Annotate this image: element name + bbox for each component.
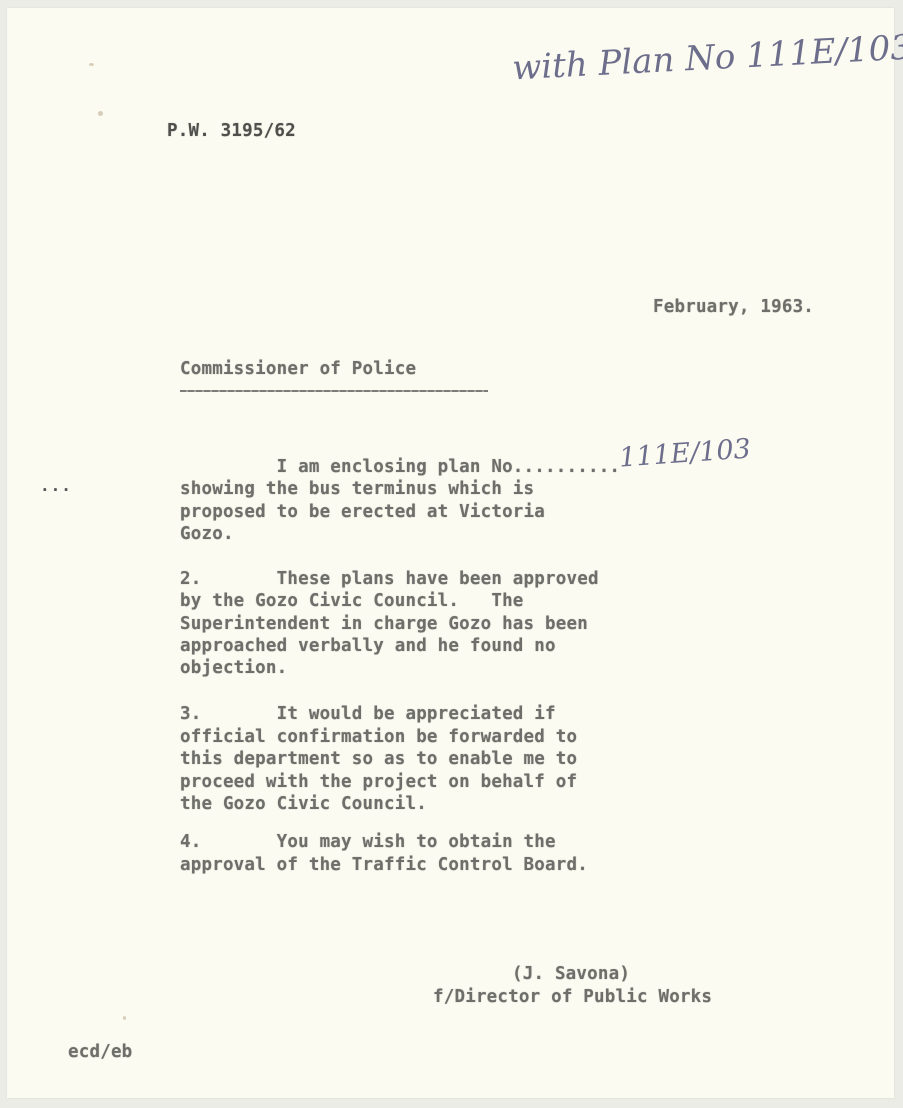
paragraph-line: official confirmation be forwarded to: [180, 726, 577, 749]
letter-date: February, 1963.: [653, 296, 814, 319]
paragraph-line: I am enclosing plan No..........: [180, 456, 620, 479]
paragraph-line: approached verbally and he found no: [180, 635, 556, 658]
paper-speck: [123, 1016, 126, 1020]
signature-name: (J. Savona): [512, 963, 630, 986]
handwritten-plan-number: 111E/103: [618, 433, 752, 473]
addressee-underline: [180, 390, 488, 392]
paragraph-line: the Gozo Civic Council.: [180, 793, 427, 816]
paragraph-line: objection.: [180, 657, 287, 680]
paragraph-line: this department so as to enable me to: [180, 748, 577, 771]
reference-number: P.W. 3195/62: [167, 120, 296, 143]
paragraph-line: by the Gozo Civic Council. The: [180, 590, 524, 613]
handwritten-annotation: with Plan No 111E/103: [511, 28, 903, 89]
paper-speck: [98, 111, 103, 116]
letter-page: with Plan No 111E/103 P.W. 3195/62 Febru…: [7, 8, 894, 1098]
typist-initials: ecd/eb: [68, 1041, 132, 1064]
paragraph-line: 3. It would be appreciated if: [180, 703, 556, 726]
paragraph-line: proposed to be erected at Victoria: [180, 501, 545, 524]
signature-title: f/Director of Public Works: [433, 986, 712, 1009]
paragraph-line: proceed with the project on behalf of: [180, 771, 577, 794]
addressee: Commissioner of Police: [180, 358, 416, 381]
paragraph-line: approval of the Traffic Control Board.: [180, 854, 588, 877]
margin-mark: ...: [40, 476, 72, 495]
paragraph-line: Gozo.: [180, 523, 234, 546]
paragraph-line: 4. You may wish to obtain the: [180, 831, 556, 854]
paper-speck: [89, 63, 94, 66]
paragraph-line: Superintendent in charge Gozo has been: [180, 613, 588, 636]
paragraph-line: 2. These plans have been approved: [180, 568, 599, 591]
paragraph-line: showing the bus terminus which is: [180, 478, 534, 501]
